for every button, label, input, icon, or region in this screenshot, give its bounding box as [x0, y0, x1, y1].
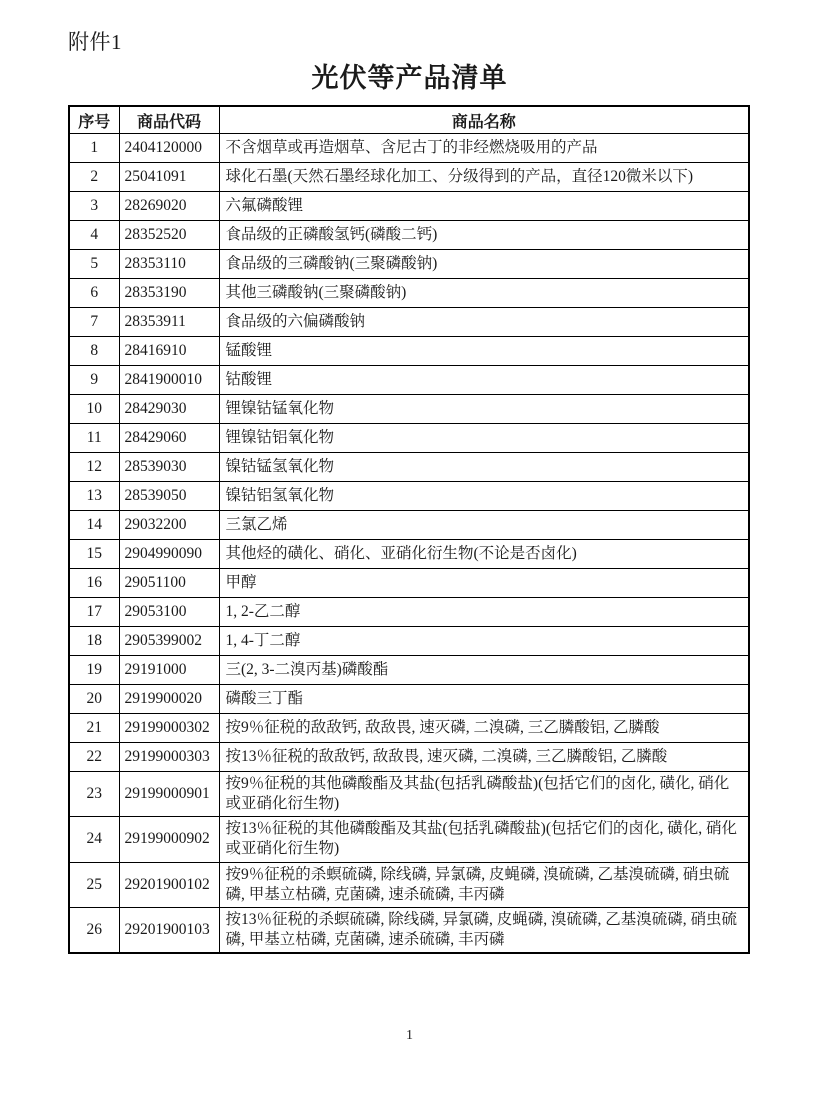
col-header-name: 商品名称: [219, 106, 749, 134]
seq-cell: 16: [69, 569, 119, 598]
code-cell: 28352520: [119, 221, 219, 250]
table-row: 2 25041091 球化石墨(天然石墨经球化加工、分级得到的产品，直径120微…: [69, 163, 749, 192]
code-cell: 29053100: [119, 598, 219, 627]
name-cell: 按9％征税的其他磷酸酯及其盐(包括乳磷酸盐)(包括它们的卤化, 磺化, 硝化或亚…: [219, 772, 749, 817]
name-cell: 食品级的六偏磷酸钠: [219, 308, 749, 337]
seq-cell: 21: [69, 714, 119, 743]
name-cell: 球化石墨(天然石墨经球化加工、分级得到的产品，直径120微米以下): [219, 163, 749, 192]
table-header-row: 序号 商品代码 商品名称: [69, 106, 749, 134]
col-header-code: 商品代码: [119, 106, 219, 134]
attachment-label: 附件1: [68, 26, 122, 56]
name-cell: 锂镍钴锰氧化物: [219, 395, 749, 424]
seq-cell: 18: [69, 627, 119, 656]
name-cell: 按13％征税的杀螟硫磷, 除线磷, 异氯磷, 皮蝇磷, 溴硫磷, 乙基溴硫磷, …: [219, 907, 749, 953]
code-cell: 29199000303: [119, 743, 219, 772]
name-cell: 六氟磷酸锂: [219, 192, 749, 221]
seq-cell: 5: [69, 250, 119, 279]
table-row: 21 29199000302 按9％征税的敌敌钙, 敌敌畏, 速灭磷, 二溴磷,…: [69, 714, 749, 743]
code-cell: 28353911: [119, 308, 219, 337]
name-cell: 锂镍钴铝氧化物: [219, 424, 749, 453]
code-cell: 28429060: [119, 424, 219, 453]
table-row: 12 28539030 镍钴锰氢氧化物: [69, 453, 749, 482]
table-row: 11 28429060 锂镍钴铝氧化物: [69, 424, 749, 453]
table-row: 26 29201900103 按13％征税的杀螟硫磷, 除线磷, 异氯磷, 皮蝇…: [69, 907, 749, 953]
col-header-seq: 序号: [69, 106, 119, 134]
table-row: 8 28416910 锰酸锂: [69, 337, 749, 366]
code-cell: 28416910: [119, 337, 219, 366]
name-cell: 三氯乙烯: [219, 511, 749, 540]
seq-cell: 1: [69, 134, 119, 163]
code-cell: 28539030: [119, 453, 219, 482]
seq-cell: 14: [69, 511, 119, 540]
table-row: 19 29191000 三(2, 3-二溴丙基)磷酸酯: [69, 656, 749, 685]
code-cell: 28353190: [119, 279, 219, 308]
code-cell: 29199000902: [119, 817, 219, 862]
document-page: 附件1 光伏等产品清单 序号 商品代码 商品名称 1 2404120000 不含…: [0, 0, 819, 1099]
table-row: 9 2841900010 钴酸锂: [69, 366, 749, 395]
seq-cell: 7: [69, 308, 119, 337]
seq-cell: 2: [69, 163, 119, 192]
name-cell: 不含烟草或再造烟草、含尼古丁的非经燃烧吸用的产品: [219, 134, 749, 163]
table-row: 4 28352520 食品级的正磷酸氢钙(磷酸二钙): [69, 221, 749, 250]
name-cell: 镍钴铝氢氧化物: [219, 482, 749, 511]
name-cell: 1, 2-乙二醇: [219, 598, 749, 627]
name-cell: 镍钴锰氢氧化物: [219, 453, 749, 482]
seq-cell: 10: [69, 395, 119, 424]
table-row: 7 28353911 食品级的六偏磷酸钠: [69, 308, 749, 337]
name-cell: 按9％征税的杀螟硫磷, 除线磷, 异氯磷, 皮蝇磷, 溴硫磷, 乙基溴硫磷, 硝…: [219, 862, 749, 907]
name-cell: 磷酸三丁酯: [219, 685, 749, 714]
seq-cell: 24: [69, 817, 119, 862]
table-row: 17 29053100 1, 2-乙二醇: [69, 598, 749, 627]
seq-cell: 4: [69, 221, 119, 250]
name-cell: 其他三磷酸钠(三聚磷酸钠): [219, 279, 749, 308]
code-cell: 2904990090: [119, 540, 219, 569]
name-cell: 三(2, 3-二溴丙基)磷酸酯: [219, 656, 749, 685]
code-cell: 29032200: [119, 511, 219, 540]
code-cell: 29051100: [119, 569, 219, 598]
seq-cell: 9: [69, 366, 119, 395]
table-row: 23 29199000901 按9％征税的其他磷酸酯及其盐(包括乳磷酸盐)(包括…: [69, 772, 749, 817]
seq-cell: 6: [69, 279, 119, 308]
name-cell: 食品级的正磷酸氢钙(磷酸二钙): [219, 221, 749, 250]
table-row: 5 28353110 食品级的三磷酸钠(三聚磷酸钠): [69, 250, 749, 279]
name-cell: 其他烃的磺化、硝化、亚硝化衍生物(不论是否卤化): [219, 540, 749, 569]
code-cell: 2404120000: [119, 134, 219, 163]
name-cell: 钴酸锂: [219, 366, 749, 395]
name-cell: 按9％征税的敌敌钙, 敌敌畏, 速灭磷, 二溴磷, 三乙膦酸铝, 乙膦酸: [219, 714, 749, 743]
seq-cell: 17: [69, 598, 119, 627]
code-cell: 28269020: [119, 192, 219, 221]
table-body: 1 2404120000 不含烟草或再造烟草、含尼古丁的非经燃烧吸用的产品 2 …: [69, 134, 749, 954]
code-cell: 25041091: [119, 163, 219, 192]
table-row: 25 29201900102 按9％征税的杀螟硫磷, 除线磷, 异氯磷, 皮蝇磷…: [69, 862, 749, 907]
table-row: 18 2905399002 1, 4-丁二醇: [69, 627, 749, 656]
code-cell: 2919900020: [119, 685, 219, 714]
code-cell: 28539050: [119, 482, 219, 511]
table-row: 24 29199000902 按13％征税的其他磷酸酯及其盐(包括乳磷酸盐)(包…: [69, 817, 749, 862]
code-cell: 28353110: [119, 250, 219, 279]
table-row: 1 2404120000 不含烟草或再造烟草、含尼古丁的非经燃烧吸用的产品: [69, 134, 749, 163]
name-cell: 食品级的三磷酸钠(三聚磷酸钠): [219, 250, 749, 279]
table-row: 13 28539050 镍钴铝氢氧化物: [69, 482, 749, 511]
code-cell: 2905399002: [119, 627, 219, 656]
seq-cell: 12: [69, 453, 119, 482]
code-cell: 29199000901: [119, 772, 219, 817]
name-cell: 锰酸锂: [219, 337, 749, 366]
seq-cell: 25: [69, 862, 119, 907]
name-cell: 1, 4-丁二醇: [219, 627, 749, 656]
page-title: 光伏等产品清单: [0, 56, 819, 95]
seq-cell: 3: [69, 192, 119, 221]
seq-cell: 23: [69, 772, 119, 817]
code-cell: 2841900010: [119, 366, 219, 395]
table-row: 20 2919900020 磷酸三丁酯: [69, 685, 749, 714]
table-row: 15 2904990090 其他烃的磺化、硝化、亚硝化衍生物(不论是否卤化): [69, 540, 749, 569]
seq-cell: 19: [69, 656, 119, 685]
table-row: 16 29051100 甲醇: [69, 569, 749, 598]
name-cell: 按13％征税的敌敌钙, 敌敌畏, 速灭磷, 二溴磷, 三乙膦酸铝, 乙膦酸: [219, 743, 749, 772]
seq-cell: 22: [69, 743, 119, 772]
table-row: 6 28353190 其他三磷酸钠(三聚磷酸钠): [69, 279, 749, 308]
code-cell: 29191000: [119, 656, 219, 685]
page-number: 1: [0, 1028, 819, 1044]
seq-cell: 15: [69, 540, 119, 569]
code-cell: 28429030: [119, 395, 219, 424]
code-cell: 29199000302: [119, 714, 219, 743]
seq-cell: 26: [69, 907, 119, 953]
table-row: 14 29032200 三氯乙烯: [69, 511, 749, 540]
code-cell: 29201900102: [119, 862, 219, 907]
product-table: 序号 商品代码 商品名称 1 2404120000 不含烟草或再造烟草、含尼古丁…: [68, 105, 750, 954]
table-row: 22 29199000303 按13％征税的敌敌钙, 敌敌畏, 速灭磷, 二溴磷…: [69, 743, 749, 772]
seq-cell: 8: [69, 337, 119, 366]
seq-cell: 11: [69, 424, 119, 453]
seq-cell: 13: [69, 482, 119, 511]
name-cell: 甲醇: [219, 569, 749, 598]
table-row: 3 28269020 六氟磷酸锂: [69, 192, 749, 221]
seq-cell: 20: [69, 685, 119, 714]
code-cell: 29201900103: [119, 907, 219, 953]
table-row: 10 28429030 锂镍钴锰氧化物: [69, 395, 749, 424]
name-cell: 按13％征税的其他磷酸酯及其盐(包括乳磷酸盐)(包括它们的卤化, 磺化, 硝化或…: [219, 817, 749, 862]
